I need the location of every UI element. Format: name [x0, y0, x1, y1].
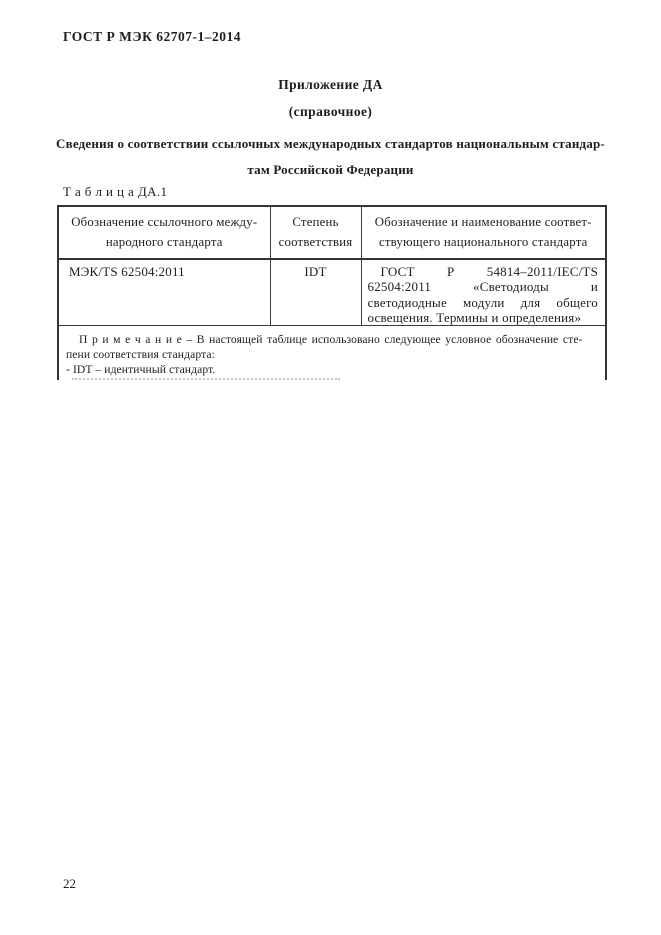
column-header-text: Степень: [292, 215, 338, 229]
table-header: Обозначение ссылочного между- народного …: [58, 206, 606, 259]
note-paragraph: П р и м е ч а н и е – В настоящей таблиц…: [66, 332, 598, 362]
column-header-text: Обозначение и наименование соответ-: [375, 215, 592, 229]
note-text-line2: пени соответствия стандарта:: [66, 347, 598, 362]
appendix-heading: Сведения о соответствии ссылочных междун…: [0, 131, 661, 182]
cell-degree-of-conformity: IDT: [270, 259, 361, 326]
note-item-idt: - IDT – идентичный стандарт.: [66, 362, 598, 377]
scan-artifact-dots: [72, 378, 340, 380]
column-header-text: народного стандарта: [106, 235, 223, 249]
column-header-degree-of-conformity: Степень соответствия: [270, 206, 361, 259]
appendix-heading-line1: Сведения о соответствии ссылочных междун…: [56, 136, 605, 151]
standard-number: ГОСТ Р МЭК 62707-1–2014: [63, 29, 241, 45]
note-text-line1: П р и м е ч а н и е – В настоящей таблиц…: [66, 332, 598, 347]
conformity-table: Обозначение ссылочного между- народного …: [57, 205, 607, 380]
column-header-reference-standard: Обозначение ссылочного между- народного …: [58, 206, 270, 259]
document-page: ГОСТ Р МЭК 62707-1–2014 Приложение ДА (с…: [0, 0, 661, 935]
cell-reference-standard: МЭК/TS 62504:2011: [58, 259, 270, 326]
appendix-subtitle: (справочное): [0, 104, 661, 120]
page-number: 22: [63, 876, 76, 892]
table-row: МЭК/TS 62504:2011 IDT ГОСТ Р 54814–2011/…: [58, 259, 606, 326]
column-header-text: соответствия: [279, 235, 353, 249]
column-header-text: ствующего национального стандарта: [379, 235, 588, 249]
appendix-heading-line2: там Российской Федерации: [247, 162, 413, 177]
column-header-text: Обозначение ссылочного между-: [71, 215, 257, 229]
table-note-row: П р и м е ч а н и е – В настоящей таблиц…: [58, 326, 606, 381]
table-note: П р и м е ч а н и е – В настоящей таблиц…: [58, 326, 606, 381]
appendix-title: Приложение ДА: [0, 77, 661, 93]
column-header-national-standard: Обозначение и наименование соответ- ству…: [361, 206, 606, 259]
cell-national-standard: ГОСТ Р 54814–2011/IEC/TS 62504:2011 «Све…: [361, 259, 606, 326]
table-caption: Т а б л и ц а ДА.1: [63, 184, 167, 200]
